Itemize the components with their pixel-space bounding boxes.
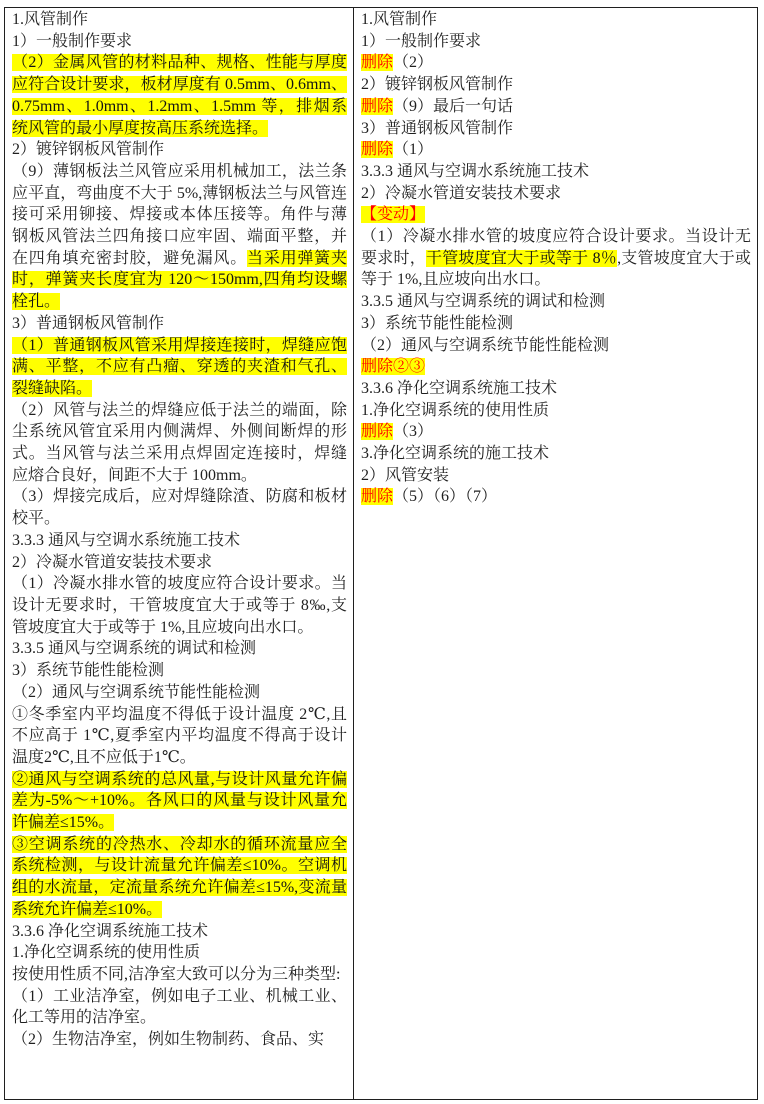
revision-marker-label: 删除: [361, 423, 393, 440]
text-run: 2）镀锌钢板风管制作: [361, 76, 513, 93]
text-run: （9）最后一句话: [393, 98, 513, 115]
paragraph: 删除（5）（6）（7）: [361, 486, 751, 508]
text-run: （2）通风与空调系统节能性能检测: [361, 337, 609, 354]
paragraph: 1）一般制作要求: [12, 31, 347, 53]
paragraph: 3.3.5 通风与空调系统的调试和检测: [361, 291, 751, 313]
text-run: 2）冷凝水管道安装技术要求: [12, 554, 212, 571]
paragraph: ①冬季室内平均温度不得低于设计温度 2℃,且不应高于 1℃,夏季室内平均温度不得…: [12, 704, 347, 769]
old-version-column-cell: 1.风管制作1）一般制作要求（2）金属风管的材料品种、规格、性能与厚度应符合设计…: [5, 8, 353, 1099]
paragraph: （1）冷凝水排水管的坡度应符合设计要求。当设计无要求时，干管坡度宜大于或等于 8…: [12, 573, 347, 638]
text-run: 2）镀锌钢板风管制作: [12, 141, 164, 158]
text-run: 1）一般制作要求: [12, 33, 132, 50]
text-run: （2）风管与法兰的焊缝应低于法兰的端面，除尘系统风管宜采用内侧满焊、外侧间断焊的…: [12, 402, 347, 484]
paragraph: 3.3.3 通风与空调水系统施工技术: [12, 530, 347, 552]
paragraph: ③空调系统的冷热水、冷却水的循环流量应全系统检测，与设计流量允许偏差≤10%。空…: [12, 834, 347, 921]
paragraph: 3）系统节能性能检测: [12, 660, 347, 682]
text-run: 1.风管制作: [361, 11, 437, 28]
highlighted-text-run: ②通风与空调系统的总风量,与设计风量允许偏差为-5%～+10%。各风口的风量与设…: [12, 771, 347, 831]
revision-marker-label: 【变动】: [361, 206, 425, 223]
paragraph: 3.3.6 净化空调系统施工技术: [361, 378, 751, 400]
text-run: （1）工业洁净室，例如电子工业、机械工业、化工等用的洁净室。: [12, 988, 347, 1027]
paragraph: 3.3.3 通风与空调水系统施工技术: [361, 161, 751, 183]
text-run: 3）系统节能性能检测: [12, 662, 164, 679]
comparison-table: 1.风管制作1）一般制作要求（2）金属风管的材料品种、规格、性能与厚度应符合设计…: [4, 7, 758, 1100]
text-run: （1）: [393, 141, 433, 158]
highlighted-text-run: ③空调系统的冷热水、冷却水的循环流量应全系统检测，与设计流量允许偏差≤10%。空…: [12, 836, 347, 918]
paragraph: （9）薄钢板法兰风管应采用机械加工，法兰条应平直，弯曲度不大于 5%,薄钢板法兰…: [12, 161, 347, 313]
paragraph: 删除②③: [361, 356, 751, 378]
highlighted-text-run: 干管坡度宜大于或等于 8％: [426, 250, 617, 267]
text-run: 3）普通钢板风管制作: [361, 120, 513, 137]
text-run: 3.3.3 通风与空调水系统施工技术: [361, 163, 589, 180]
paragraph: （1）冷凝水排水管的坡度应符合设计要求。当设计无要求时，干管坡度宜大于或等于 8…: [361, 226, 751, 291]
paragraph: （2）风管与法兰的焊缝应低于法兰的端面，除尘系统风管宜采用内侧满焊、外侧间断焊的…: [12, 400, 347, 487]
paragraph: 2）镀锌钢板风管制作: [12, 139, 347, 161]
new-version-column-cell: 1.风管制作1）一般制作要求删除（2）2）镀锌钢板风管制作删除（9）最后一句话3…: [353, 8, 757, 1099]
highlighted-text-run: （1）普通钢板风管采用焊接连接时，焊缝应饱满、平整，不应有凸瘤、穿透的夹渣和气孔…: [12, 337, 347, 397]
document-page: 1.风管制作1）一般制作要求（2）金属风管的材料品种、规格、性能与厚度应符合设计…: [0, 0, 764, 1104]
paragraph: （3）焊接完成后，应对焊缝除渣、防腐和板材校平。: [12, 486, 347, 529]
revision-marker-label: 删除: [361, 98, 393, 115]
text-run: （1）冷凝水排水管的坡度应符合设计要求。当设计无要求时，干管坡度宜大于或等于 8…: [12, 575, 347, 635]
paragraph: 删除（3）: [361, 421, 751, 443]
paragraph: 1）一般制作要求: [361, 31, 751, 53]
paragraph: 删除（2）: [361, 52, 751, 74]
text-run: 3.3.5 通风与空调系统的调试和检测: [361, 293, 605, 310]
text-run: 3.3.6 净化空调系统施工技术: [12, 923, 208, 940]
text-run: 1.净化空调系统的使用性质: [361, 402, 549, 419]
paragraph: （2）通风与空调系统节能性能检测: [12, 682, 347, 704]
text-run: 3）普通钢板风管制作: [12, 315, 164, 332]
text-run: 3.3.3 通风与空调水系统施工技术: [12, 532, 240, 549]
text-run: （2）: [393, 54, 433, 71]
paragraph: （2）生物洁净室，例如生物制药、食品、实: [12, 1029, 347, 1051]
text-run: 2）冷凝水管道安装技术要求: [361, 185, 561, 202]
paragraph: （2）金属风管的材料品种、规格、性能与厚度应符合设计要求，板材厚度有 0.5mm…: [12, 52, 347, 139]
paragraph: 3）系统节能性能检测: [361, 313, 751, 335]
text-run: 1.净化空调系统的使用性质: [12, 944, 200, 961]
paragraph: 2）镀锌钢板风管制作: [361, 74, 751, 96]
paragraph: 1.风管制作: [12, 9, 347, 31]
text-run: 3.净化空调系统的施工技术: [361, 445, 549, 462]
highlighted-text-run: （2）金属风管的材料品种、规格、性能与厚度应符合设计要求，板材厚度有 0.5mm…: [12, 54, 347, 136]
text-run: 3）系统节能性能检测: [361, 315, 513, 332]
paragraph: 2）冷凝水管道安装技术要求: [12, 552, 347, 574]
paragraph: （2）通风与空调系统节能性能检测: [361, 335, 751, 357]
revision-marker-label: 删除: [361, 54, 393, 71]
paragraph: 3）普通钢板风管制作: [361, 118, 751, 140]
text-run: （3）焊接完成后，应对焊缝除渣、防腐和板材校平。: [12, 488, 347, 527]
paragraph: 1.风管制作: [361, 9, 751, 31]
paragraph: 【变动】: [361, 204, 751, 226]
text-run: 3.3.5 通风与空调系统的调试和检测: [12, 640, 256, 657]
text-run: （2）生物洁净室，例如生物制药、食品、实: [12, 1031, 324, 1048]
paragraph: ②通风与空调系统的总风量,与设计风量允许偏差为-5%～+10%。各风口的风量与设…: [12, 769, 347, 834]
text-run: 1）一般制作要求: [361, 33, 481, 50]
revision-marker-label: 删除: [361, 488, 393, 505]
paragraph: 3）普通钢板风管制作: [12, 313, 347, 335]
paragraph: 按使用性质不同,洁净室大致可以分为三种类型:: [12, 964, 347, 986]
paragraph: 3.3.6 净化空调系统施工技术: [12, 921, 347, 943]
paragraph: 3.净化空调系统的施工技术: [361, 443, 751, 465]
text-run: ①冬季室内平均温度不得低于设计温度 2℃,且不应高于 1℃,夏季室内平均温度不得…: [12, 706, 347, 766]
paragraph: 1.净化空调系统的使用性质: [12, 942, 347, 964]
text-run: 3.3.6 净化空调系统施工技术: [361, 380, 557, 397]
text-run: 2）风管安装: [361, 467, 449, 484]
paragraph: 删除（1）: [361, 139, 751, 161]
paragraph: （1）普通钢板风管采用焊接连接时，焊缝应饱满、平整，不应有凸瘤、穿透的夹渣和气孔…: [12, 335, 347, 400]
paragraph: 2）风管安装: [361, 465, 751, 487]
paragraph: 2）冷凝水管道安装技术要求: [361, 183, 751, 205]
paragraph: （1）工业洁净室，例如电子工业、机械工业、化工等用的洁净室。: [12, 986, 347, 1029]
paragraph: 1.净化空调系统的使用性质: [361, 400, 751, 422]
paragraph: 3.3.5 通风与空调系统的调试和检测: [12, 638, 347, 660]
text-run: 1.风管制作: [12, 11, 88, 28]
revision-marker-label: 删除: [361, 141, 393, 158]
text-run: （5）（6）（7）: [393, 488, 497, 505]
text-run: （2）通风与空调系统节能性能检测: [12, 684, 260, 701]
text-run: 按使用性质不同,洁净室大致可以分为三种类型:: [12, 966, 340, 983]
revision-marker-label: 删除②③: [361, 358, 425, 375]
paragraph: 删除（9）最后一句话: [361, 96, 751, 118]
text-run: （3）: [393, 423, 433, 440]
